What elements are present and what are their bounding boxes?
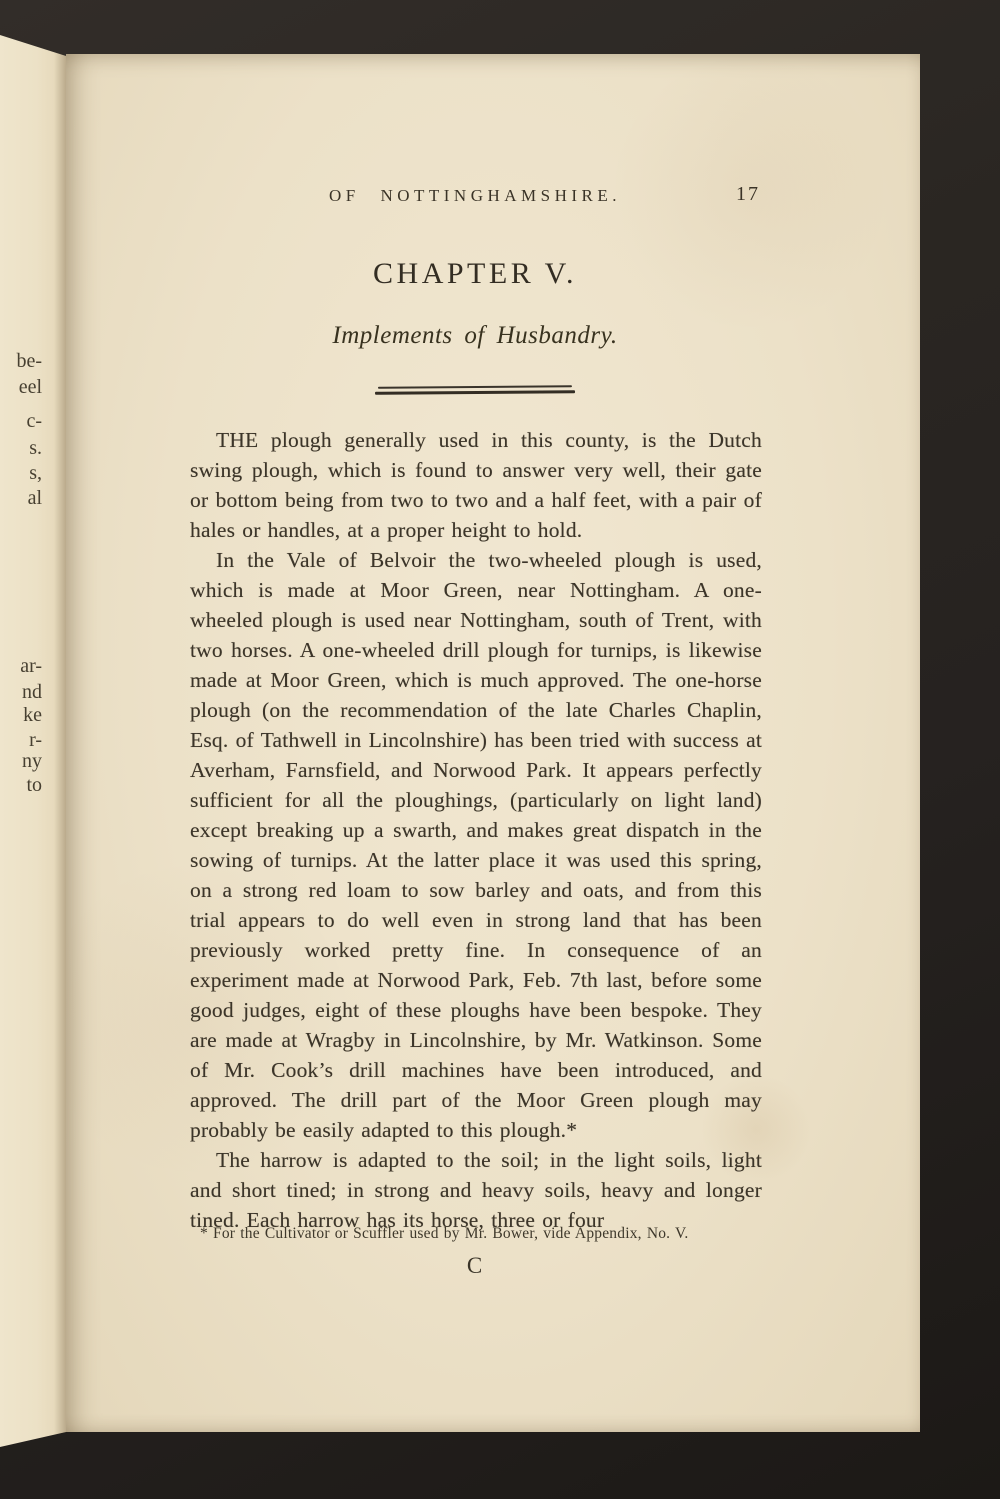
edge-text-fragment: eel — [19, 376, 42, 398]
edge-text-fragment: ke — [23, 704, 42, 726]
book-page: OF NOTTINGHAMSHIRE. 17 CHAPTER V. Implem… — [66, 54, 920, 1432]
chapter-heading: CHAPTER V. — [190, 257, 760, 291]
edge-text-fragment: to — [26, 774, 42, 796]
edge-text-fragment: s. — [29, 437, 42, 459]
edge-text-fragment: c- — [26, 410, 42, 432]
edge-text-fragment: ar- — [20, 655, 42, 677]
body-text: THE plough generally used in this county… — [190, 425, 762, 1235]
edge-text-fragment: s, — [29, 462, 42, 484]
signature-mark: C — [190, 1253, 760, 1279]
facing-page-edge: be- eel c- s. s, al ar- nd ke r- ny to — [0, 35, 66, 1447]
edge-text-fragment: r- — [29, 729, 42, 751]
chapter-subtitle: Implements of Husbandry. — [190, 322, 760, 350]
rule-line-thick — [375, 390, 575, 395]
edge-text-fragment: be- — [16, 350, 42, 372]
section-rule — [190, 384, 760, 396]
edge-text-fragment: nd — [22, 681, 42, 703]
book-photo-scene: be- eel c- s. s, al ar- nd ke r- ny to O… — [0, 0, 1000, 1499]
paragraph: THE plough generally used in this county… — [190, 425, 762, 545]
rule-line-thin — [378, 385, 572, 389]
paragraph: The harrow is adapted to the soil; in th… — [190, 1145, 762, 1235]
edge-text-fragment: ny — [22, 750, 42, 772]
footnote: * For the Cultivator or Scuffler used by… — [200, 1225, 766, 1243]
edge-text-fragment: al — [28, 487, 42, 509]
page-number: 17 — [190, 183, 760, 206]
paragraph: In the Vale of Belvoir the two-wheeled p… — [190, 545, 762, 1145]
